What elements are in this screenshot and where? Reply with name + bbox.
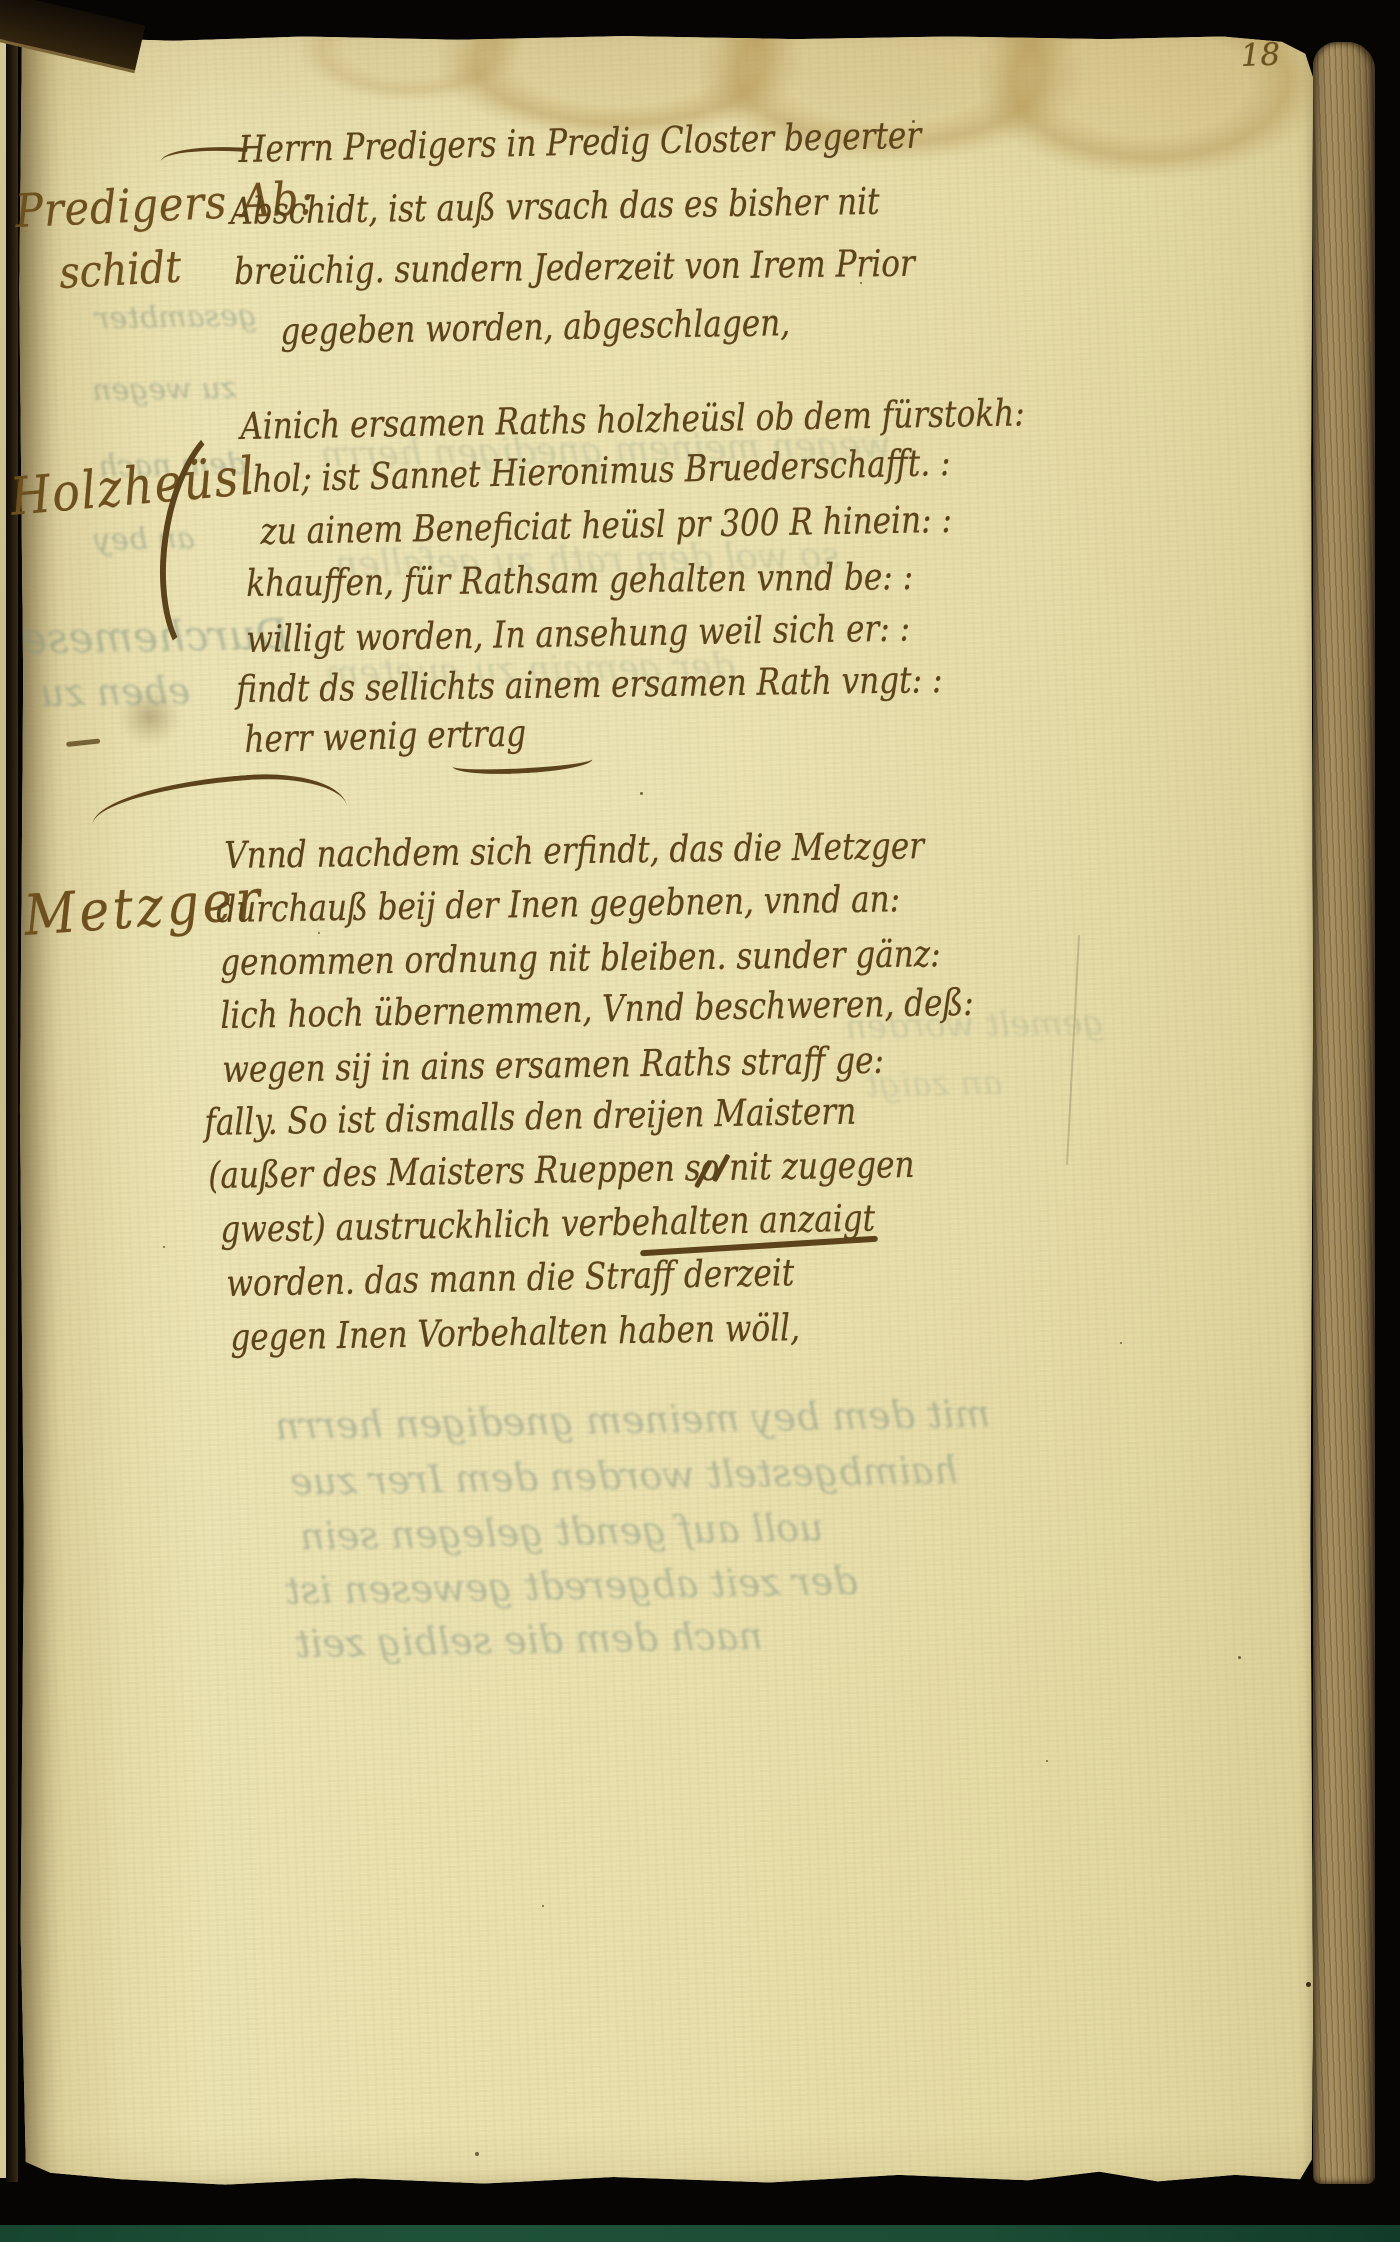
- paper-speck: [475, 2152, 479, 2156]
- paper-speck: [542, 1905, 544, 1907]
- text-line: gegeben worden, abgeschlagen,: [280, 301, 790, 353]
- text-line: genommen ordnung nit bleiben. sunder gän…: [220, 932, 941, 984]
- paper-speck: [163, 1246, 165, 1248]
- table-edge: [0, 2225, 1400, 2242]
- manuscript-photo: gesambter zu wegen dem nach an bey Durch…: [0, 0, 1400, 2242]
- text-line: breüchig. sundern Jederzeit von Irem Pri…: [234, 242, 915, 293]
- book-fore-edge: [1313, 42, 1375, 2184]
- bleedthrough-line: zu wegen: [92, 371, 237, 409]
- text-line: khauffen, für Rathsam gehalten vnnd be: …: [246, 555, 913, 605]
- binding-gutter-shadow: [6, 30, 18, 2182]
- bleedthrough-line: eben zu: [40, 669, 191, 716]
- struck-word: verbehalten: [561, 1199, 750, 1245]
- bleedthrough-line: gesambter: [95, 299, 258, 337]
- paper-speck: [1238, 1656, 1241, 1659]
- bleedthrough-line: an zaigt: [865, 1063, 1003, 1105]
- text-segment: gwest) austruckhlich: [220, 1202, 561, 1251]
- paper-speck: [1306, 1982, 1311, 1987]
- margin-label-predigers-abschidt-line2: schidt: [58, 242, 182, 299]
- bleedthrough-line: uoll auf gendt gelegen sein: [300, 1505, 824, 1558]
- bleedthrough-line: nach dem die selbig zeit: [295, 1614, 764, 1666]
- paper-speck: [640, 792, 643, 795]
- folio-number: 18: [1240, 37, 1281, 74]
- text-segment: anzaigt: [749, 1197, 875, 1242]
- paper-speck: [318, 932, 320, 934]
- paper-speck: [1120, 1342, 1122, 1344]
- paper-speck: [1046, 1760, 1048, 1762]
